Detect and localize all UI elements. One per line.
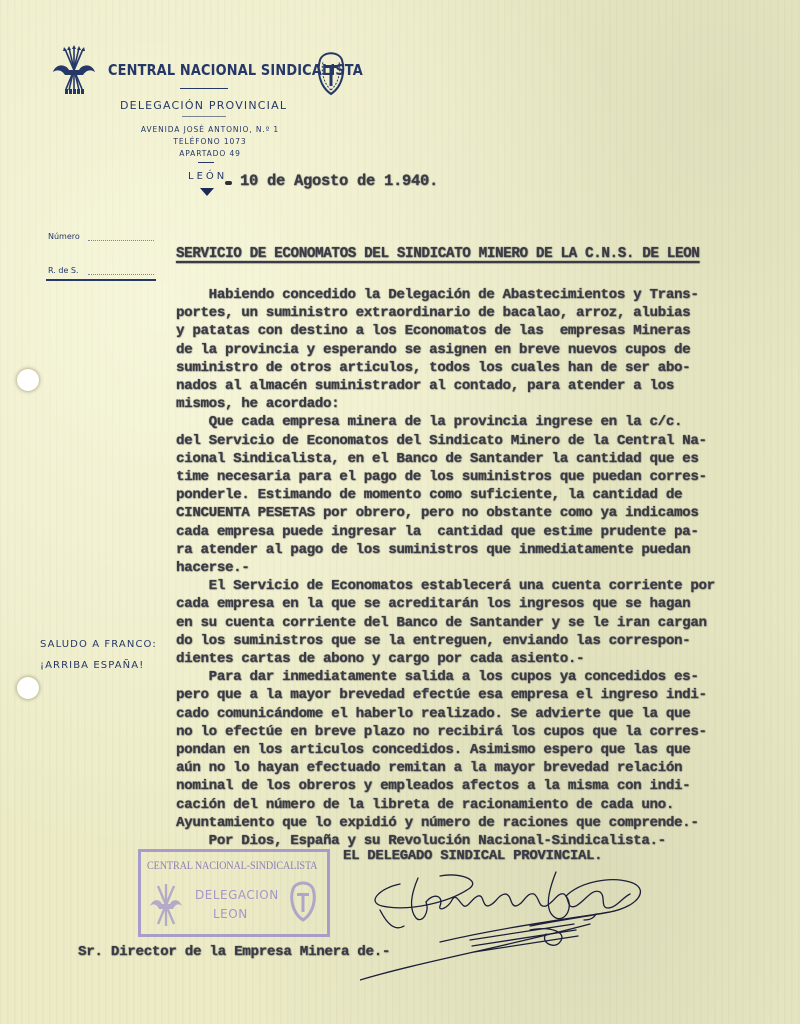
body-line: ra atender al pago de los suministros qu… <box>176 541 800 559</box>
triangle-marker-icon <box>200 188 214 196</box>
body-line: y patatas con destino a los Economatos d… <box>176 322 800 340</box>
address-line: AVENIDA JOSÉ ANTONIO, N.º 1 <box>130 125 290 134</box>
body-line: ponderle. Estimando de momento como sufi… <box>176 486 800 504</box>
body-line: de la provincia y esperando se asignen e… <box>176 341 800 359</box>
punch-hole <box>17 369 39 391</box>
body-line: time necesaria para el pago de los sumin… <box>176 468 800 486</box>
rds-field <box>88 274 154 275</box>
body-line: Para dar inmediatamente salida a los cup… <box>176 668 800 686</box>
body-line: cada empresa puede ingresar la cantidad … <box>176 523 800 541</box>
body-line: Que cada empresa minera de la provincia … <box>176 413 800 431</box>
letterhead-rule <box>198 162 214 163</box>
salutation-line-1: SALUDO A FRANCO: <box>40 639 157 650</box>
addressee-line: Sr. Director de la Empresa Minera de.- <box>78 944 390 960</box>
yoke-and-arrows-icon <box>52 45 96 95</box>
official-stamp: CENTRAL NACIONAL-SINDICALISTA DELEGACION… <box>138 849 330 937</box>
body-line: Habiendo concedido la Delegación de Abas… <box>176 286 800 304</box>
letterhead-rule <box>182 116 226 117</box>
document-heading: SERVICIO DE ECONOMATOS DEL SINDICATO MIN… <box>176 246 700 262</box>
body-line: dientes cartas de abono y cargo por cada… <box>176 650 800 668</box>
body-line: pondan en los articulos concedidos. Asim… <box>176 741 800 759</box>
letter-body: Habiendo concedido la Delegación de Abas… <box>176 286 800 850</box>
stamp-title: CENTRAL NACIONAL-SINDICALISTA <box>147 858 317 873</box>
body-line: pero que a la mayor brevedad efectúe esa… <box>176 686 800 704</box>
body-line: nominal de los obreros y empleados afect… <box>176 777 800 795</box>
stamp-yoke-arrows-icon <box>149 882 183 928</box>
letterhead-rule <box>180 88 228 89</box>
date-bullet <box>225 181 232 185</box>
phone-line: TELÉFONO 1073 <box>130 137 290 146</box>
salutation-line-2: ¡ARRIBA ESPAÑA! <box>40 660 144 671</box>
numero-field <box>88 240 154 241</box>
stamp-emblem-icon <box>289 878 317 922</box>
body-line: suministro de otros articulos, todos los… <box>176 359 800 377</box>
body-line: do los suministros que se la entreguen, … <box>176 632 800 650</box>
rds-label: R. de S. <box>48 266 79 275</box>
body-line: mismos, he acordado: <box>176 395 800 413</box>
letter-date: 10 de Agosto de 1.940. <box>240 172 438 190</box>
body-line: El Servicio de Economatos establecerá un… <box>176 577 800 595</box>
stamp-line-1: DELEGACION <box>195 888 279 902</box>
body-line: en su cuenta corriente del Banco de Sant… <box>176 614 800 632</box>
body-line: CINCUENTA PESETAS por obrero, pero no ob… <box>176 504 800 522</box>
city-name: LEÓN <box>188 171 227 182</box>
body-line: cación del número de la libreta de racio… <box>176 796 800 814</box>
body-line: hacerse.- <box>176 559 800 577</box>
handwritten-signature <box>360 862 660 982</box>
syndicalist-emblem-icon <box>316 48 346 96</box>
body-line: no lo efectúe en breve plazo no recibirá… <box>176 723 800 741</box>
body-line: cada empresa en la que se acreditarán lo… <box>176 595 800 613</box>
delegation-name: DELEGACIÓN PROVINCIAL <box>120 99 287 112</box>
stamp-line-2: LEON <box>213 907 248 921</box>
punch-hole <box>17 677 39 699</box>
body-line: nados al almacén suministrador al contad… <box>176 377 800 395</box>
body-line: del Servicio de Economatos del Sindicato… <box>176 432 800 450</box>
po-box-line: APARTADO 49 <box>130 149 290 158</box>
body-line: cional Sindicalista, en el Banco de Sant… <box>176 450 800 468</box>
body-line: Ayuntamiento que lo expidió y número de … <box>176 814 800 832</box>
body-line: aún no lo hayan efectuado remitan a la m… <box>176 759 800 777</box>
body-line: cado comunicándome el haberlo realizado.… <box>176 705 800 723</box>
numero-label: Número <box>48 232 80 241</box>
reference-rule <box>46 279 156 281</box>
body-line: portes, un suministro extraordinario de … <box>176 304 800 322</box>
